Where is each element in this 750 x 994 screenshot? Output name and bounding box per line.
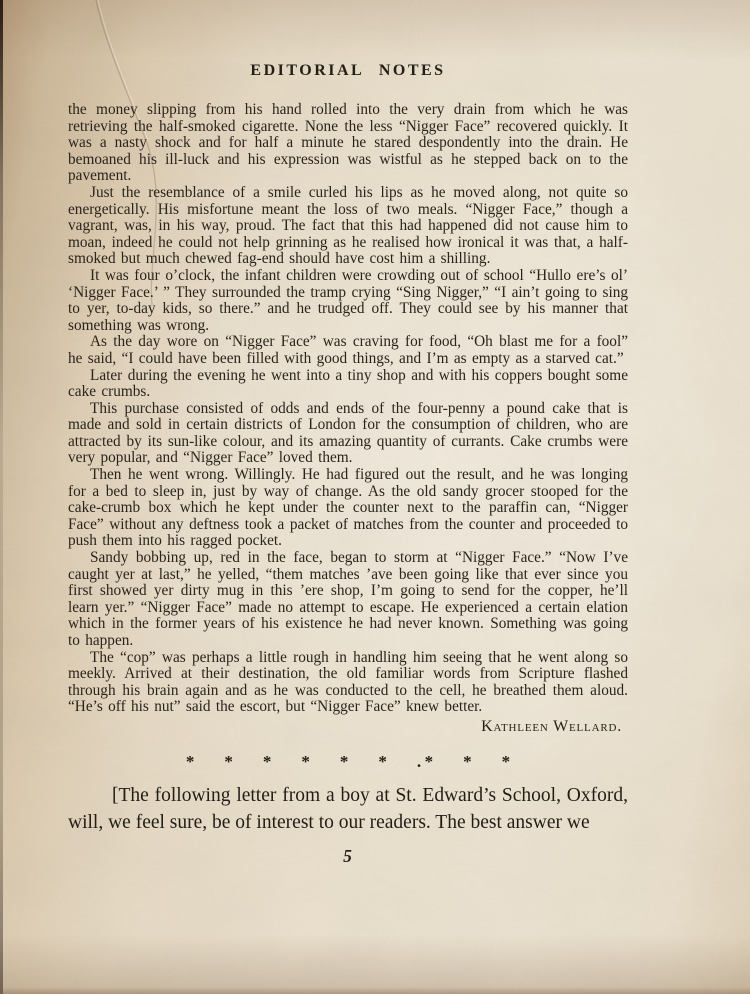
story-paragraph: Just the resemblance of a smile curled h… bbox=[68, 185, 628, 268]
asterisk: * bbox=[378, 752, 387, 772]
author-signature: Kathleen Wellard. bbox=[68, 718, 628, 736]
story-paragraph: Then he went wrong. Willingly. He had fi… bbox=[68, 467, 628, 550]
editor-note: [The following letter from a boy at St. … bbox=[68, 782, 628, 836]
scanned-page: EDITORIAL NOTES the money slipping from … bbox=[0, 0, 750, 994]
scan-edge-left bbox=[0, 0, 3, 994]
asterisk: * bbox=[502, 752, 511, 772]
story-paragraph: It was four o’clock, the infant children… bbox=[68, 268, 628, 334]
asterisk: * bbox=[224, 752, 233, 772]
story-body: the money slipping from his hand rolled … bbox=[68, 102, 628, 716]
story-paragraph: the money slipping from his hand rolled … bbox=[68, 102, 628, 185]
scan-edge-bottom bbox=[0, 987, 750, 994]
asterisk: * bbox=[263, 752, 272, 772]
asterisk: * bbox=[301, 752, 310, 772]
asterisk: * bbox=[463, 752, 472, 772]
page-header: EDITORIAL NOTES bbox=[68, 62, 628, 80]
asterisk: . * bbox=[417, 752, 433, 772]
text-block: EDITORIAL NOTES the money slipping from … bbox=[68, 0, 628, 867]
story-paragraph: Sandy bobbing up, red in the face, began… bbox=[68, 550, 628, 650]
asterisk-separator: * * * * * * . * * * bbox=[68, 752, 628, 772]
story-paragraph: Later during the evening he went into a … bbox=[68, 368, 628, 401]
story-paragraph: As the day wore on “Nigger Face” was cra… bbox=[68, 334, 628, 367]
page-number: 5 bbox=[68, 846, 628, 867]
asterisk: * bbox=[340, 752, 349, 772]
story-paragraph: The “cop” was perhaps a little rough in … bbox=[68, 650, 628, 716]
story-paragraph: This purchase consisted of odds and ends… bbox=[68, 401, 628, 467]
asterisk: * bbox=[186, 752, 195, 772]
